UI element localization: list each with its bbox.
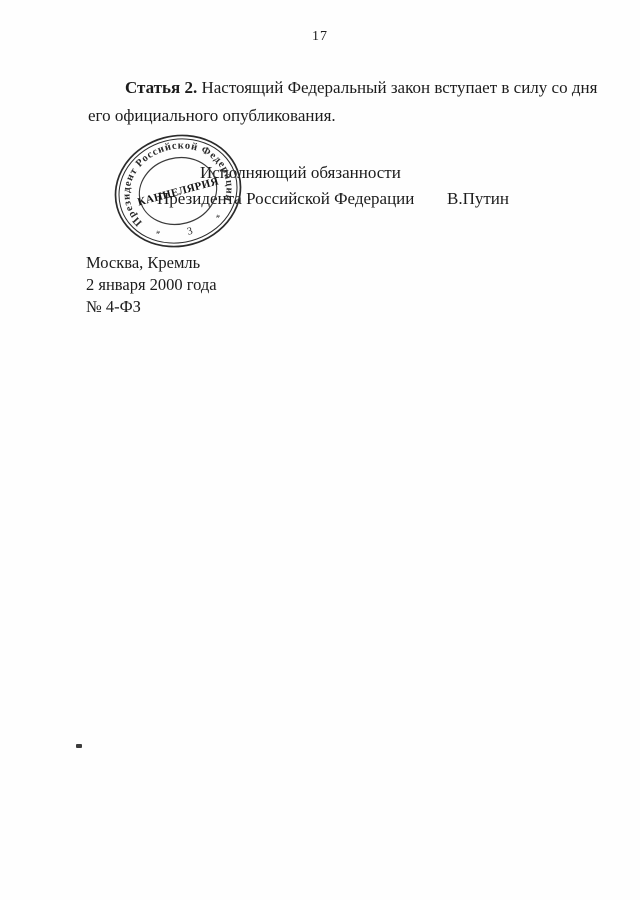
seal-number: 3 [186, 226, 194, 238]
scan-artifact-speck [76, 744, 82, 748]
footer-date: 2 января 2000 года [86, 274, 217, 296]
article-line1-text: Настоящий Федеральный закон вступает в с… [197, 78, 597, 97]
signatory-name: В.Путин [447, 189, 509, 209]
article-line1: Статья 2. Настоящий Федеральный закон вс… [88, 74, 588, 102]
seal-right-star: * [215, 212, 222, 223]
seal-center-text: КАНЦЕЛЯРИЯ [136, 175, 220, 208]
footer-place: Москва, Кремль [86, 252, 217, 274]
page-number: 17 [0, 29, 640, 45]
article-paragraph: Статья 2. Настоящий Федеральный закон вс… [88, 74, 588, 130]
seal-left-star: * [155, 228, 162, 239]
footer-doc-number: № 4-ФЗ [86, 296, 217, 318]
footer-block: Москва, Кремль 2 января 2000 года № 4-ФЗ [86, 252, 217, 318]
document-page: 17 Статья 2. Настоящий Федеральный закон… [0, 0, 640, 900]
article-line2: его официального опубликования. [88, 102, 588, 130]
official-seal-stamp: Президент Российской Федерации КАНЦЕЛЯРИ… [111, 134, 245, 250]
article-heading: Статья 2. [125, 78, 197, 97]
